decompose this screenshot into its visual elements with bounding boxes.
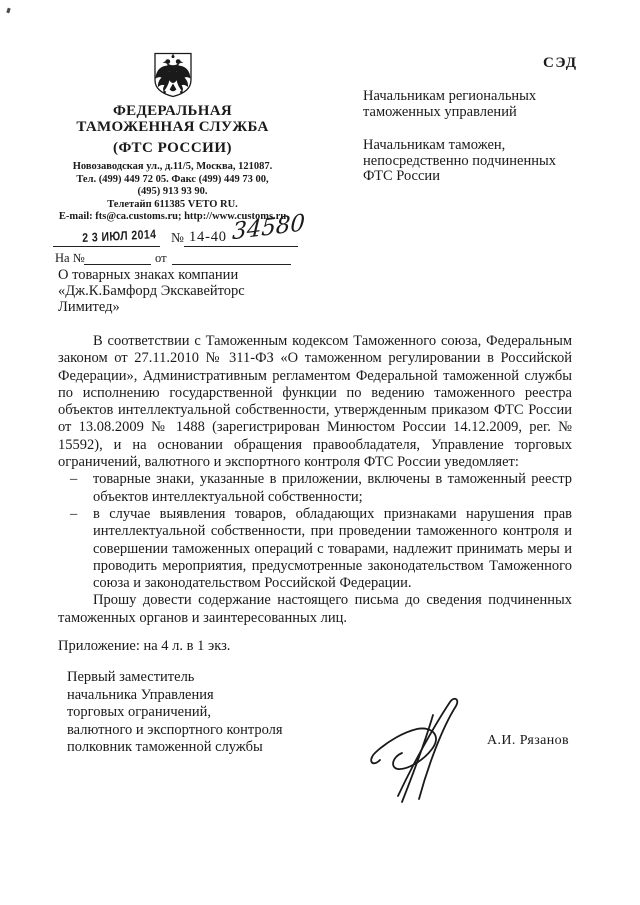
reply-date-underline — [172, 264, 291, 265]
bullet-text: товарные знаки, указанные в приложении, … — [93, 471, 572, 504]
scanned-letter-page: ФЕДЕРАЛЬНАЯ ТАМОЖЕННАЯ СЛУЖБА (ФТС РОССИ… — [0, 0, 640, 905]
date-stamp: 2 3 ИЮЛ 2014 — [82, 227, 157, 245]
doc-number-sign: № — [171, 230, 184, 246]
bullet-text: в случае выявления товаров, обладающих п… — [93, 506, 572, 591]
recipient-line: непосредственно подчиненных — [363, 154, 556, 170]
subject-line: «Дж.К.Бамфорд Экскавейторс — [58, 284, 288, 300]
recipient-line: таможенных управлений — [363, 105, 536, 121]
reply-from-label: от — [155, 251, 167, 266]
scan-speck — [6, 8, 10, 14]
recipient-line: Начальникам таможен, — [363, 138, 556, 154]
bullet-item-2: – в случае выявления товаров, обладающих… — [93, 506, 572, 592]
letterhead-org-name: ФЕДЕРАЛЬНАЯ ТАМОЖЕННАЯ СЛУЖБА (ФТС РОССИ… — [30, 103, 315, 156]
recipient-block-regional: Начальникам региональных таможенных упра… — [363, 89, 536, 120]
org-name-line1: ФЕДЕРАЛЬНАЯ — [30, 103, 315, 119]
body-paragraph-1: В соответствии с Таможенным кодексом Там… — [58, 333, 572, 471]
recipient-line: ФТС России — [363, 169, 556, 185]
subject-line: Лимитед» — [58, 300, 288, 316]
letter-body: В соответствии с Таможенным кодексом Там… — [58, 333, 572, 627]
address-phone2: (495) 913 93 90. — [30, 186, 315, 199]
russia-coat-of-arms-icon — [151, 52, 195, 98]
address-teletype: Телетайп 611385 VETO RU. — [30, 199, 315, 212]
body-paragraph-2: Прошу довести содержание настоящего пись… — [58, 592, 572, 627]
signer-title-line: валютного и экспортного контроля — [67, 722, 283, 740]
subject-line: О товарных знаках компании — [58, 268, 288, 284]
number-underline — [184, 246, 298, 247]
signer-title-block: Первый заместитель начальника Управления… — [67, 669, 283, 757]
handwritten-signature-icon — [368, 682, 473, 804]
bullet-item-1: – товарные знаки, указанные в приложении… — [93, 471, 572, 506]
org-name-line2: ТАМОЖЕННАЯ СЛУЖБА — [30, 119, 315, 135]
sed-mark: СЭД — [543, 55, 578, 72]
signer-title-line: Первый заместитель — [67, 669, 283, 687]
signer-title-line: начальника Управления — [67, 687, 283, 705]
attachment-note: Приложение: на 4 л. в 1 экз. — [58, 638, 230, 655]
signer-name: А.И. Рязанов — [487, 733, 569, 749]
doc-number-typed: 14-40 — [189, 229, 227, 246]
recipient-block-customs: Начальникам таможен, непосредственно под… — [363, 138, 556, 185]
date-underline — [53, 246, 160, 247]
reply-to-label: На № — [55, 251, 85, 266]
bullet-dash: – — [70, 471, 77, 488]
signer-title-line: торговых ограничений, — [67, 704, 283, 722]
address-street: Новозаводская ул., д.11/5, Москва, 12108… — [30, 161, 315, 174]
org-name-line3: (ФТС РОССИИ) — [30, 140, 315, 156]
signer-title-line: полковник таможенной службы — [67, 739, 283, 757]
letter-subject: О товарных знаках компании «Дж.К.Бамфорд… — [58, 268, 288, 316]
bullet-dash: – — [70, 506, 77, 523]
recipient-line: Начальникам региональных — [363, 89, 536, 105]
body-bullet-list: – товарные знаки, указанные в приложении… — [58, 471, 572, 592]
reply-number-underline — [84, 264, 151, 265]
address-phone-fax: Тел. (499) 449 72 05. Факс (499) 449 73 … — [30, 174, 315, 187]
